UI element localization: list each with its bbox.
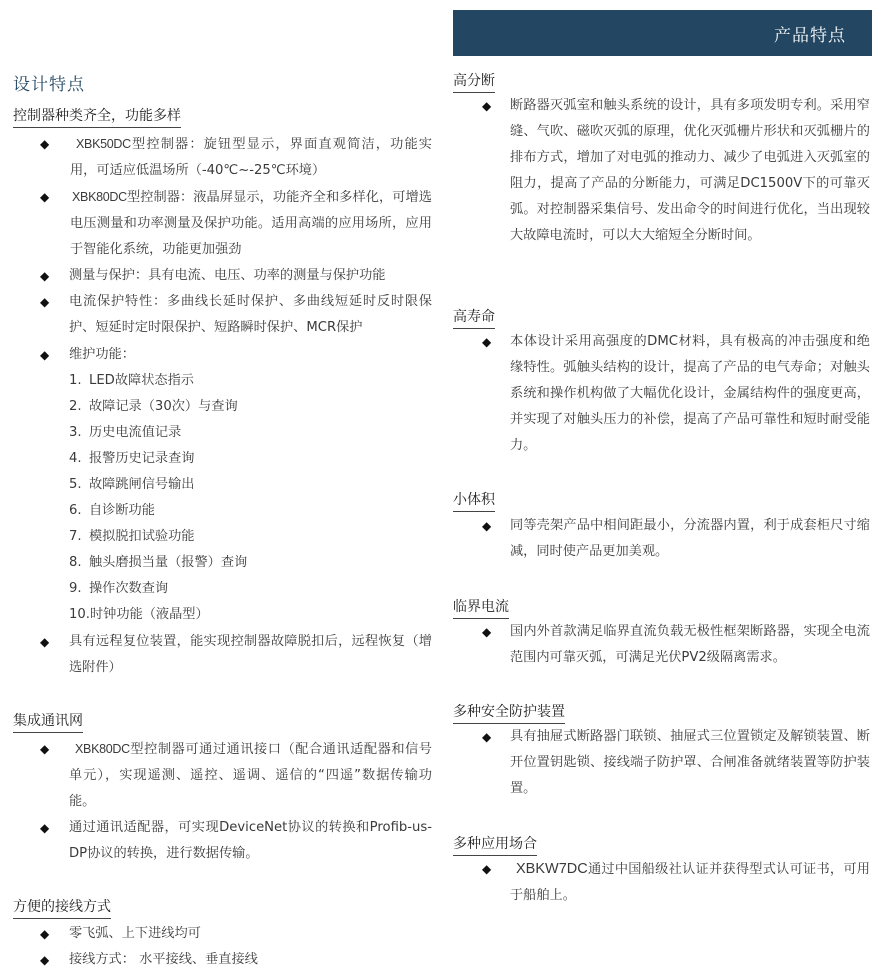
- maintenance-item: 4.报警历史记录查询: [69, 446, 195, 472]
- section-heading-long-life: 高寿命: [453, 308, 495, 329]
- diamond-bullet-icon: ◆: [482, 329, 491, 355]
- maintenance-item: 5.故障跳闸信号输出: [69, 472, 195, 498]
- diamond-bullet-icon: ◆: [40, 815, 49, 841]
- section-heading-wiring-methods: 方便的接线方式: [13, 898, 111, 919]
- maintenance-item: 7.模拟脱扣试验功能: [69, 524, 195, 550]
- bullet-item: ◆ XBK80DC型控制器可通过通讯接口（配合通讯适配器和信号单元），实现遥测、…: [40, 736, 432, 815]
- maintenance-item: 1.LED故障状态指示: [69, 368, 194, 394]
- diamond-bullet-icon: ◆: [40, 184, 49, 210]
- section-heading-compact-size: 小体积: [453, 491, 495, 512]
- diamond-bullet-icon: ◆: [482, 93, 491, 119]
- bullet-item: ◆ 同等壳架产品中相间距最小，分流器内置，利于成套柜尺寸缩减，同时使产品更加美观…: [482, 513, 870, 565]
- bullet-item: ◆ 本体设计采用高强度的DMC材料，具有极高的冲击强度和绝缘特性。弧触头结构的设…: [482, 329, 870, 459]
- maintenance-item: 8.触头磨损当量（报警）查询: [69, 550, 247, 576]
- maintenance-item: 9.操作次数查询: [69, 576, 168, 602]
- diamond-bullet-icon: ◆: [482, 856, 491, 882]
- diamond-bullet-icon: ◆: [482, 619, 491, 645]
- diamond-bullet-icon: ◆: [40, 289, 49, 315]
- section-heading-critical-current: 临界电流: [453, 598, 509, 619]
- bullet-item: ◆ XBK50DC型控制器：旋钮型显示，界面直观简洁，功能实用，可适应低温场所（…: [40, 131, 432, 184]
- maintenance-item: 3.历史电流值记录: [69, 420, 181, 446]
- bullet-item: ◆ 测量与保护：具有电流、电压、功率的测量与保护功能: [40, 263, 440, 289]
- section-heading-applications: 多种应用场合: [453, 835, 537, 856]
- diamond-bullet-icon: ◆: [40, 629, 49, 655]
- bullet-item: ◆ 零飞弧、上下进线均可: [40, 921, 432, 947]
- maintenance-item: 2.故障记录（30次）与查询: [69, 394, 238, 420]
- bullet-item: ◆ XBK80DC型控制器：液晶屏显示，功能齐全和多样化，可增选电压测量和功率测…: [40, 184, 432, 263]
- section-heading-high-breaking: 高分断: [453, 72, 495, 93]
- bullet-item: ◆ 电流保护特性：多曲线长延时保护、多曲线短延时反时限保护、短延时定时限保护、短…: [40, 289, 432, 341]
- bullet-item: ◆ XBKW7DC通过中国船级社认证并获得型式认可证书，可用于船舶上。: [482, 856, 870, 909]
- bullet-item: ◆ 断路器灭弧室和触头系统的设计，具有多项发明专利。采用窄缝、气吹、磁吹灭弧的原…: [482, 93, 870, 249]
- diamond-bullet-icon: ◆: [482, 513, 491, 539]
- maintenance-item: 10.时钟功能（液晶型）: [69, 602, 209, 628]
- section-heading-controller-types: 控制器种类齐全，功能多样: [13, 107, 181, 128]
- diamond-bullet-icon: ◆: [40, 131, 49, 157]
- bullet-item: ◆ 维护功能：: [40, 342, 432, 368]
- diamond-bullet-icon: ◆: [40, 736, 49, 762]
- section-heading-safety-protection: 多种安全防护装置: [453, 703, 565, 724]
- bullet-item: ◆ 具有抽屉式断路器门联锁、抽屉式三位置锁定及解锁装置、断开位置钥匙锁、接线端子…: [482, 724, 870, 802]
- diamond-bullet-icon: ◆: [40, 263, 49, 289]
- page-title: 设计特点: [13, 70, 85, 95]
- maintenance-item: 6.自诊断功能: [69, 498, 155, 524]
- diamond-bullet-icon: ◆: [40, 947, 49, 973]
- diamond-bullet-icon: ◆: [482, 724, 491, 750]
- diamond-bullet-icon: ◆: [40, 921, 49, 947]
- section-heading-communication-network: 集成通讯网: [13, 712, 83, 733]
- bullet-item: ◆ 国内外首款满足临界直流负载无极性框架断路器，实现全电流范围内可靠灭弧，可满足…: [482, 619, 870, 671]
- bullet-item: ◆ 具有远程复位装置，能实现控制器故障脱扣后，远程恢复（增选附件）: [40, 629, 432, 681]
- product-features-header-bar: 产品特点: [453, 10, 872, 56]
- bullet-item: ◆ 通过通讯适配器，可实现DeviceNet协议的转换和Profib-us-DP…: [40, 815, 432, 867]
- header-title: 产品特点: [774, 21, 846, 46]
- diamond-bullet-icon: ◆: [40, 342, 49, 368]
- bullet-item: ◆ 接线方式： 水平接线、垂直接线: [40, 947, 432, 973]
